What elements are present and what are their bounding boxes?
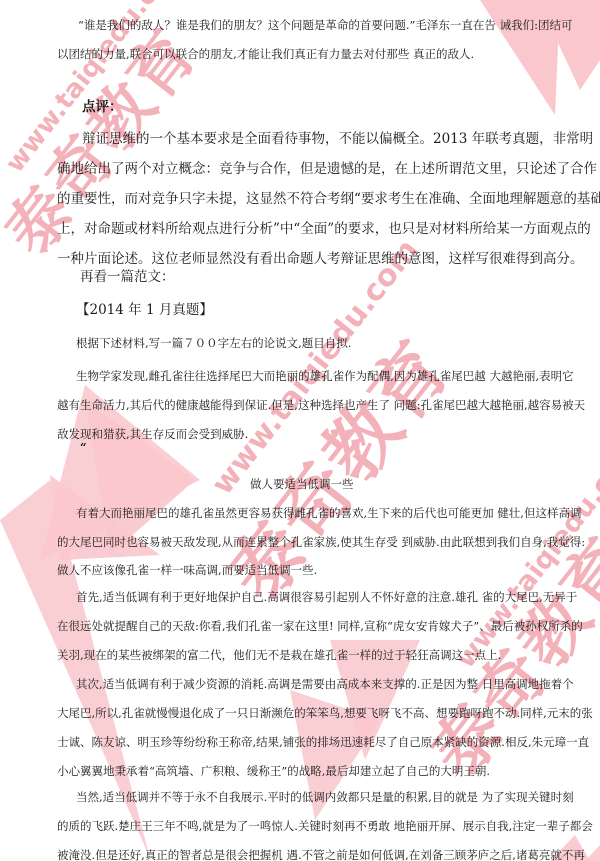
essay-p3-line-4: 小心翼翼地秉承着“高筑墙、广积粮、缓称王”的战略,最后却建立起了自己的大明王朝. bbox=[57, 764, 490, 778]
watermark-url-center: www.taiqiedu.com bbox=[205, 233, 426, 502]
review-line-5: 一种片面论述。这位老师显然没有看出命题人考辩证思维的意图，这样写很难得到高分。 bbox=[57, 252, 584, 266]
intro-line-1: “谁是我们的敌人？谁是我们的朋友？这个问题是革命的首要问题.”毛泽东一直在告 诫… bbox=[78, 18, 572, 32]
material-line-1: 生物学家发现,雌孔雀往往选择尾巴大而艳丽的雄孔雀作为配偶,因为雄孔雀尾巴越 大越… bbox=[76, 369, 574, 383]
review-line-3: 的重要性，而对竞争只字未提，这显然不符合考纲“要求考生在准确、全面地理解题意的基… bbox=[57, 192, 600, 206]
next-essay-intro: 再看一篇范文： bbox=[80, 270, 175, 284]
material-line-3: 敌发现和猎获,其生存反而会受到威胁. bbox=[57, 427, 248, 441]
essay-p2-line-1: 首先,适当低调有利于更好地保护自己.高调很容易引起别人不怀好意的注意.雄孔 雀的… bbox=[76, 590, 577, 604]
essay-p3-line-2: 大尾巴,所以,孔雀就慢慢退化成了一只日渐濒危的笨笨鸟,想要飞呀飞不高、想要跑呀跑… bbox=[57, 706, 593, 720]
review-line-1: 辩证思维的一个基本要求是全面看待事物，不能以偏概全。2013 年联考真题，非常明 bbox=[82, 132, 593, 146]
material-line-2: 越有生命活力,其后代的健康越能得到保证.但是,这种选择也产生了 问题:孔雀尾巴越… bbox=[57, 398, 585, 412]
review-heading: 点评： bbox=[82, 100, 123, 114]
essay-p3-line-1: 其次,适当低调有利于减少资源的消耗.高调是需要由高成本来支撑的.正是因为整 日里… bbox=[76, 677, 574, 691]
watermark-url-right: www.taiqiedu.com bbox=[450, 433, 600, 674]
essay-p1-line-3: 做人不应该像孔雀一样一味高调,而要适当低调一些. bbox=[57, 563, 317, 577]
essay-p3-line-3: 士诚、陈友谅、明玉珍等纷纷称王称帝,结果,铺张的排场迅速耗尽了自己原本紧缺的资源… bbox=[57, 735, 589, 749]
open-quote-mark: “ bbox=[80, 440, 87, 454]
exam-label: 【2014 年 1 月真题】 bbox=[76, 303, 213, 317]
essay-p1-line-1: 有着大而艳丽尾巴的雄孔雀虽然更容易获得雌孔雀的喜欢,生下来的后代也可能更加 健壮… bbox=[76, 506, 581, 520]
essay-prompt: 根据下述材料,写一篇７００字左右的论说文,题目自拟. bbox=[76, 336, 351, 350]
essay-p4-line-1: 当然,适当低调并不等于永不自我展示.平时的低调内敛都只是量的积累,目的就是 为了… bbox=[76, 790, 574, 804]
intro-line-2: 以团结的力量,联合可以联合的朋友,才能让我们真正有力量去对付那些 真正的敌人. bbox=[57, 47, 474, 61]
essay-p4-line-2: 的质的飞跃.楚庄王三年不鸣,就是为了一鸣惊人.关键时刻再不勇敢 地艳丽开屏、展示… bbox=[57, 819, 593, 833]
essay-p2-line-2: 在很远处就提醒自己的天敌:你看,我们孔雀一家在这里! 同样,宣称“虎女安肯嫁犬子… bbox=[57, 619, 583, 633]
essay-p4-line-3: 被淹没.但是还好,真正的智者总是很会把握机 遇.不管之前是如何低调,在刘备三顾茅… bbox=[57, 848, 585, 861]
review-line-2: 确地给出了两个对立概念：竞争与合作，但是遗憾的是，在上述所谓范文里，只论述了合作 bbox=[57, 162, 597, 176]
essay-title: 做人要适当低调一些 bbox=[250, 477, 354, 491]
review-line-4: 上，对命题或材料所给观点进行分析”中“全面”的要求，也只是对材料所给某一方面观点… bbox=[57, 222, 591, 236]
essay-p1-line-2: 的大尾巴同时也容易被天敌发现,从而连累整个孔雀家族,使其生存受 到威胁.由此联想… bbox=[57, 535, 585, 549]
essay-p2-line-3: 关羽,现在的某些被绑架的富二代，他们无不是栽在雄孔雀一样的过于轻狂高调这一点上. bbox=[57, 648, 501, 662]
